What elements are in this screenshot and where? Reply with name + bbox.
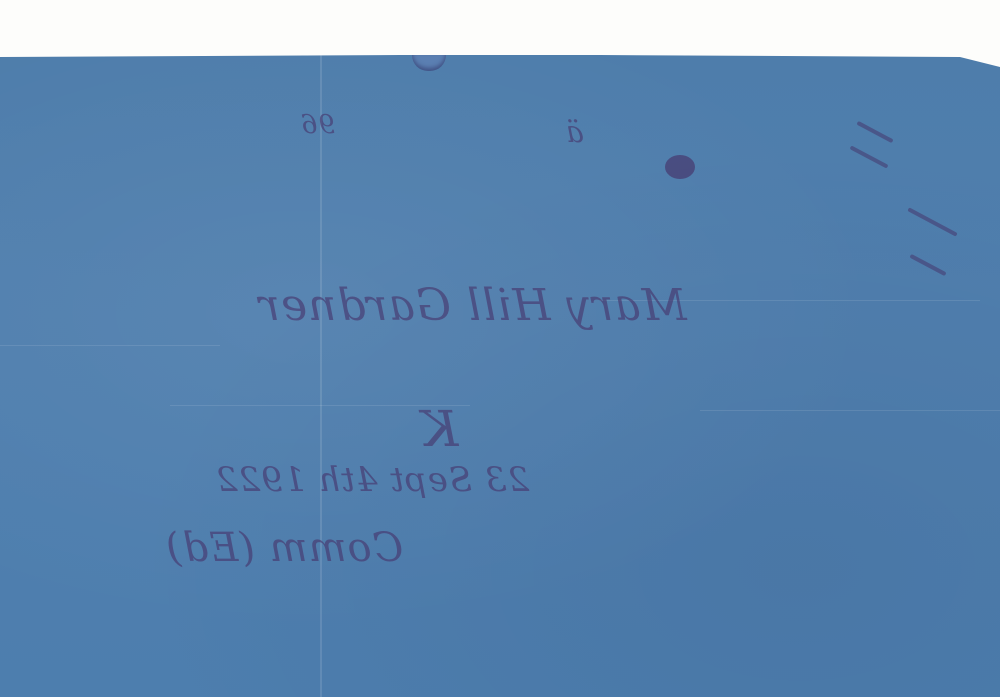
crease <box>0 345 220 346</box>
fold-line <box>320 55 322 697</box>
pin-hole <box>412 55 446 71</box>
tally-mark <box>907 207 957 236</box>
handwriting-top-mark-2: ä <box>565 115 584 150</box>
handwriting-top-mark: 96 <box>300 110 335 140</box>
handwriting-line-3: 23 Sept 4th 1922 <box>215 460 529 500</box>
blue-paper-sheet: 96 ä Mary Hill Gardner K 23 Sept 4th 192… <box>0 55 1000 697</box>
ink-blot <box>665 155 695 179</box>
handwriting-line-2: K <box>420 400 458 458</box>
tally-mark <box>909 254 946 276</box>
tally-mark <box>850 145 889 168</box>
tally-mark <box>856 121 893 143</box>
handwriting-line-4: Comm (Ed) <box>165 525 403 571</box>
crease <box>700 410 1000 411</box>
handwriting-main-line: Mary Hill Gardner <box>258 280 687 331</box>
